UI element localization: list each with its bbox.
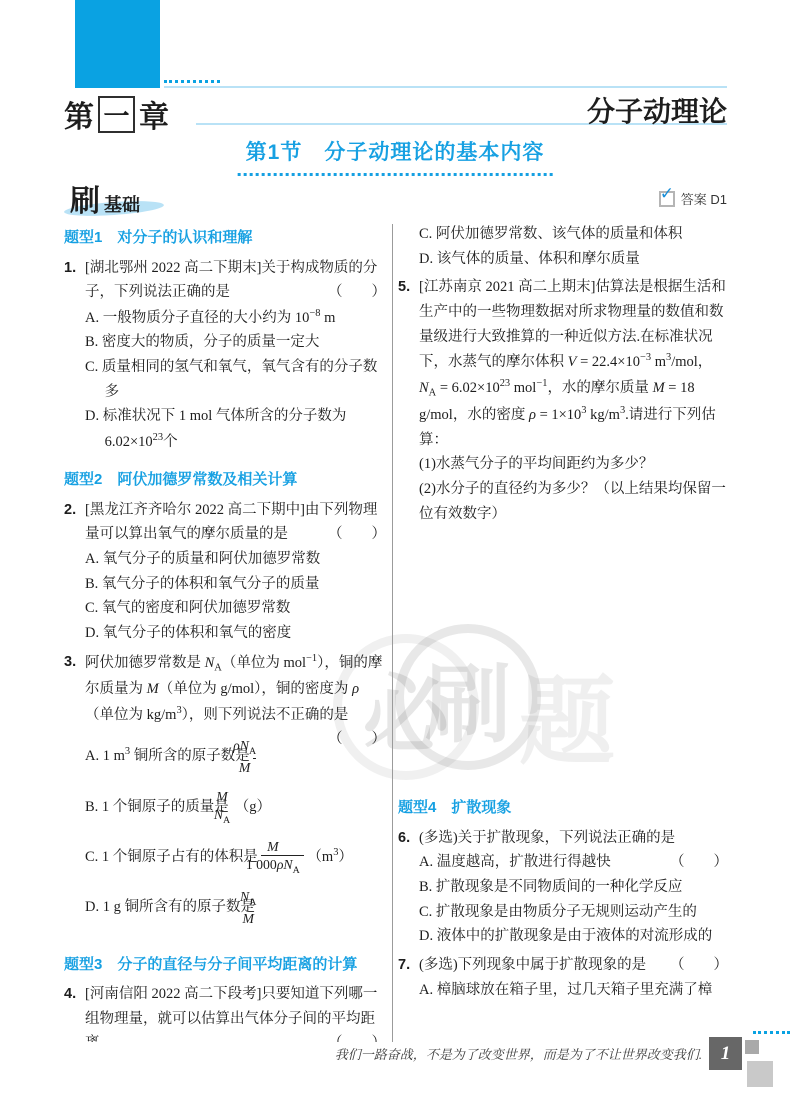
question-stem: (多选)关于扩散现象，下列说法正确的是（ ）	[419, 826, 728, 851]
option: D. 标准状况下 1 mol 气体所含的分子数为 6.02×1023个	[85, 404, 386, 454]
question-number: 6.	[398, 826, 419, 949]
answer-reference: ✓ 答案 D1	[659, 189, 727, 208]
option: D. 氧气分子的体积和氧气的密度	[85, 621, 386, 646]
question: 1.[湖北鄂州 2022 高二下期末]关于构成物质的分子，下列说法正确的是（ ）…	[64, 256, 386, 455]
question-number: 2.	[64, 498, 85, 646]
option: B. 扩散现象是不同物质间的一种化学反应	[419, 875, 728, 900]
header-rule	[164, 86, 727, 88]
answer-reference-label: 答案 D1	[681, 189, 727, 208]
option: B. 1 个铜原子的质量是MNA（g）	[85, 788, 386, 827]
question-number: 7.	[398, 953, 419, 1002]
question-part: (2)水分子的直径约为多少？（以上结果均保留一位有效数字）	[419, 477, 728, 526]
chapter-color-block	[75, 0, 160, 88]
chapter-suffix: 章	[139, 92, 169, 136]
dotted-rule	[164, 80, 220, 83]
left-column: 题型1对分子的认识和理解1.[湖北鄂州 2022 高二下期末]关于构成物质的分子…	[64, 222, 386, 1042]
question: 6.(多选)关于扩散现象，下列说法正确的是（ ）A. 温度越高，扩散进行得越快B…	[398, 826, 728, 949]
fraction: M1 000ρNA	[261, 838, 305, 877]
exercise-body: 题型1对分子的认识和理解1.[湖北鄂州 2022 高二下期末]关于构成物质的分子…	[64, 222, 728, 1042]
question-body: (多选)下列现象中属于扩散现象的是（ ）A. 樟脑球放在箱子里，过几天箱子里充满…	[419, 953, 728, 1002]
answer-bracket: （ ）	[328, 727, 386, 752]
badge-main-char: 刷	[70, 185, 100, 218]
question-number	[398, 222, 419, 271]
question: 3.阿伏加德罗常数是 NA（单位为 mol−1），铜的摩尔质量为 M（单位为 g…	[64, 650, 386, 939]
question-body: [湖北鄂州 2022 高二下期末]关于构成物质的分子，下列说法正确的是（ ）A.…	[85, 256, 386, 455]
question-body: C. 阿伏加德罗常数、该气体的质量和体积D. 该气体的质量、体积和摩尔质量	[419, 222, 728, 271]
chapter-number: 一	[103, 96, 129, 133]
question: C. 阿伏加德罗常数、该气体的质量和体积D. 该气体的质量、体积和摩尔质量	[398, 222, 728, 271]
question-number: 3.	[64, 650, 85, 939]
question-stem: 阿伏加德罗常数是 NA（单位为 mol−1），铜的摩尔质量为 M（单位为 g/m…	[85, 650, 386, 728]
chapter-prefix: 第	[64, 92, 94, 136]
option: C. 1 个铜原子占有的体积是M1 000ρNA（m3）	[85, 838, 386, 877]
question-number: 1.	[64, 256, 85, 455]
answer-bracket: （ ）	[670, 850, 728, 875]
topic-label: 题型3	[64, 956, 102, 973]
option: B. 氧气分子的体积和氧气分子的质量	[85, 572, 386, 597]
badge-sub-label: 基础	[104, 195, 140, 215]
question-body: (多选)关于扩散现象，下列说法正确的是（ ）A. 温度越高，扩散进行得越快B. …	[419, 826, 728, 949]
fraction: ρNAM	[253, 737, 256, 776]
question-stem: [河南信阳 2022 高二下段考]只要知道下列哪一组物理量，就可以估算出气体分子…	[85, 982, 386, 1042]
topic-heading: 题型3分子的直径与分子间平均距离的计算	[64, 952, 386, 978]
option: B. 密度大的物质，分子的质量一定大	[85, 330, 386, 355]
answer-bracket: （ ）	[670, 953, 728, 978]
topic-label: 题型2	[64, 471, 102, 488]
chapter-heading: 第 一 章	[64, 92, 175, 136]
topic-title: 扩散现象	[451, 799, 511, 816]
option: A. 氧气分子的质量和阿伏加德罗常数	[85, 547, 386, 572]
answer-bracket: （ ）	[328, 1031, 386, 1042]
answer-bracket: （ ）	[328, 280, 386, 305]
topic-label: 题型1	[64, 229, 102, 246]
question-body: 阿伏加德罗常数是 NA（单位为 mol−1），铜的摩尔质量为 M（单位为 g/m…	[85, 650, 386, 939]
page-number-box: 1	[709, 1037, 779, 1092]
question: 4.[河南信阳 2022 高二下段考]只要知道下列哪一组物理量，就可以估算出气体…	[64, 982, 386, 1042]
section-title: 第1节 分子动理论的基本内容	[238, 136, 553, 176]
question-body: [黑龙江齐齐哈尔 2022 高二下期中]由下列物理量可以算出氧气的摩尔质量的是（…	[85, 498, 386, 646]
question: 7.(多选)下列现象中属于扩散现象的是（ ）A. 樟脑球放在箱子里，过几天箱子里…	[398, 953, 728, 1002]
answer-bracket: （ ）	[328, 522, 386, 547]
option: C. 质量相同的氢气和氧气，氧气含有的分子数多	[85, 355, 386, 404]
decor-square	[747, 1061, 773, 1087]
option: D. 1 g 铜所含有的原子数是NAM	[85, 888, 386, 927]
right-column: C. 阿伏加德罗常数、该气体的质量和体积D. 该气体的质量、体积和摩尔质量5.[…	[398, 222, 728, 1042]
option: C. 氧气的密度和阿伏加德罗常数	[85, 596, 386, 621]
topic-title: 对分子的认识和理解	[117, 229, 252, 246]
question-body: [江苏南京 2021 高二上期末]估算法是根据生活和生产中的一些物理数据对所求物…	[419, 275, 728, 526]
option: A. 一般物质分子直径的大小约为 10−8 m	[85, 305, 386, 330]
practice-badge: 刷 基础	[70, 176, 140, 220]
option: C. 阿伏加德罗常数、该气体的质量和体积	[419, 222, 728, 247]
topic-title: 阿伏加德罗常数及相关计算	[117, 471, 297, 488]
question-stem: (多选)下列现象中属于扩散现象的是（ ）	[419, 953, 728, 978]
question-number: 5.	[398, 275, 419, 526]
question-stem: [黑龙江齐齐哈尔 2022 高二下期中]由下列物理量可以算出氧气的摩尔质量的是（…	[85, 498, 386, 547]
chapter-number-box: 一	[98, 96, 135, 133]
question-part: (1)水蒸气分子的平均间距约为多少？	[419, 452, 728, 477]
option: A. 樟脑球放在箱子里，过几天箱子里充满了樟	[419, 978, 728, 1003]
checkbox-icon: ✓	[659, 191, 675, 207]
dotted-rule	[753, 1031, 790, 1034]
footer-quote: 我们一路奋战，不是为了改变世界，而是为了不让世界改变我们.	[330, 1044, 702, 1063]
spacer	[398, 530, 728, 782]
topic-heading: 题型1对分子的认识和理解	[64, 225, 386, 251]
question: 2.[黑龙江齐齐哈尔 2022 高二下期中]由下列物理量可以算出氧气的摩尔质量的…	[64, 498, 386, 646]
question-number: 4.	[64, 982, 85, 1042]
check-icon: ✓	[660, 184, 674, 204]
option: D. 该气体的质量、体积和摩尔质量	[419, 247, 728, 272]
question-stem: [湖北鄂州 2022 高二下期末]关于构成物质的分子，下列说法正确的是（ ）	[85, 256, 386, 305]
option: C. 扩散现象是由物质分子无规则运动产生的	[419, 900, 728, 925]
option: D. 液体中的扩散现象是由于液体的对流形成的	[419, 924, 728, 949]
question: 5.[江苏南京 2021 高二上期末]估算法是根据生活和生产中的一些物理数据对所…	[398, 275, 728, 526]
topic-heading: 题型4扩散现象	[398, 795, 728, 821]
topic-label: 题型4	[398, 799, 436, 816]
topic-title: 分子的直径与分子间平均距离的计算	[117, 956, 357, 973]
decor-square	[745, 1040, 759, 1054]
topic-heading: 题型2阿伏加德罗常数及相关计算	[64, 467, 386, 493]
question-body: [河南信阳 2022 高二下段考]只要知道下列哪一组物理量，就可以估算出气体分子…	[85, 982, 386, 1042]
book-title: 分子动理论	[587, 90, 727, 130]
column-divider	[392, 224, 393, 1042]
question-stem: [江苏南京 2021 高二上期末]估算法是根据生活和生产中的一些物理数据对所求物…	[419, 275, 728, 452]
